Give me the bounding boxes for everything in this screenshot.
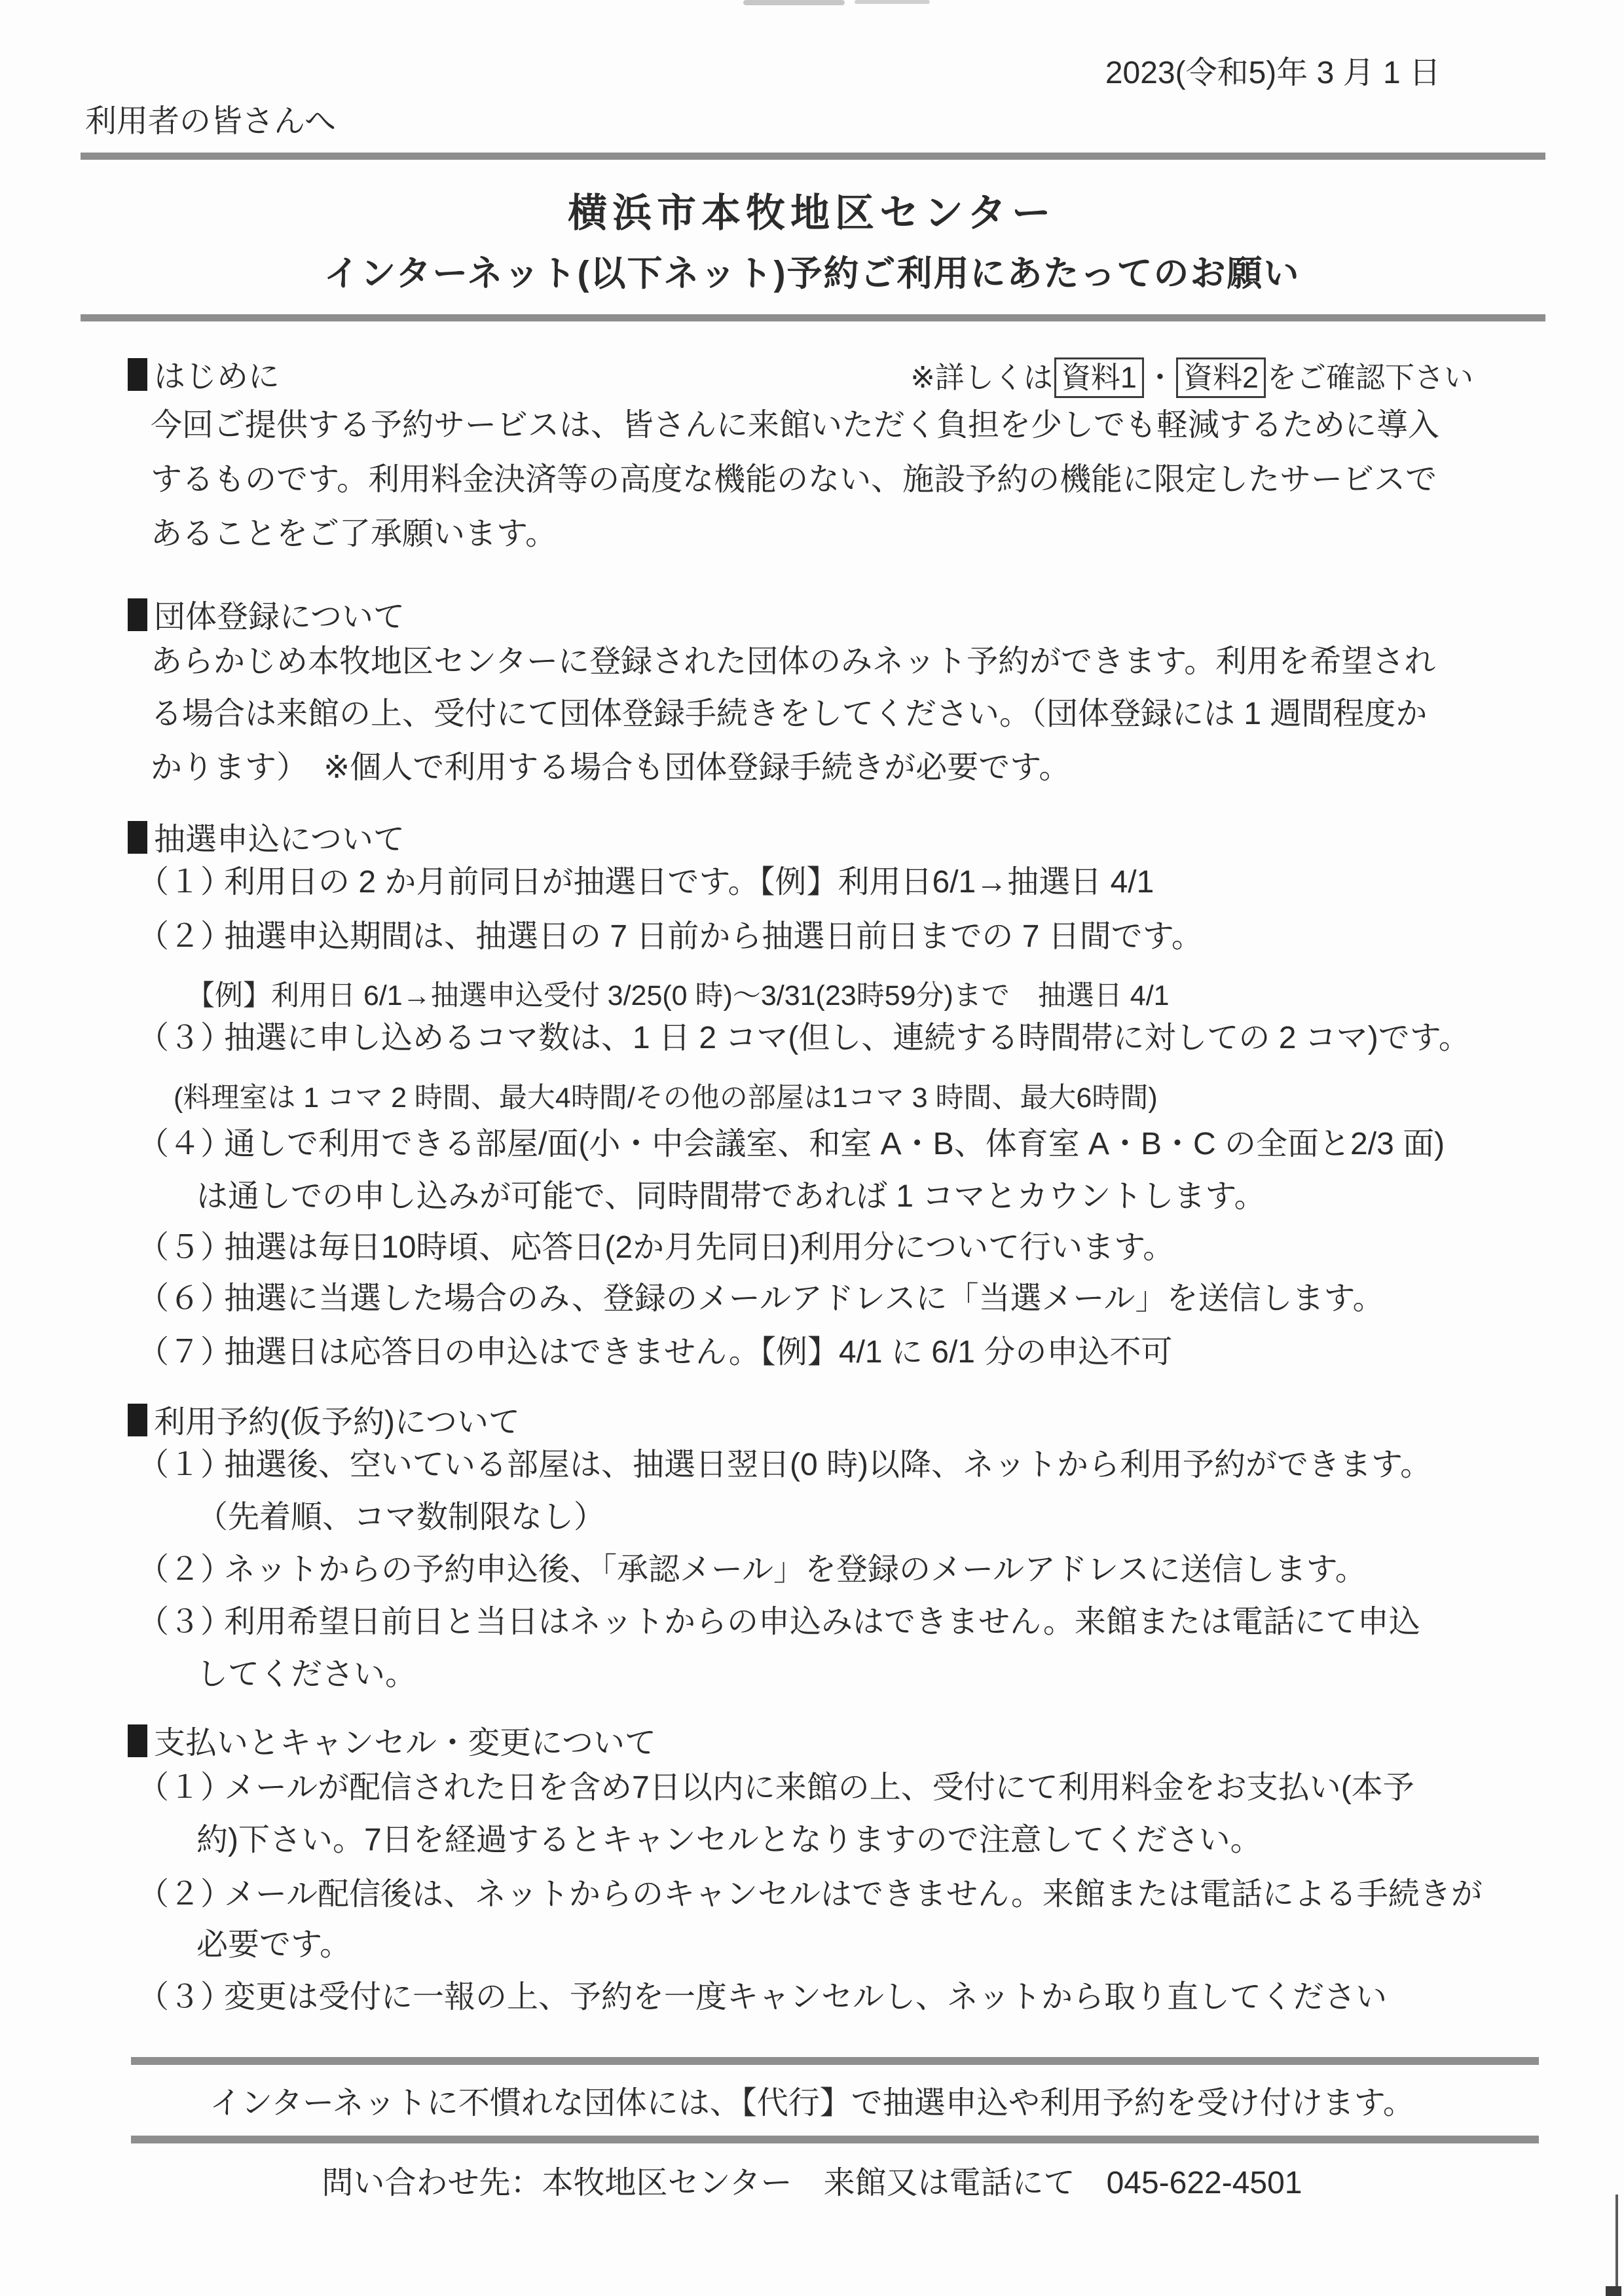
section-marker-icon <box>128 821 147 854</box>
section-heading-lottery-label: 抽選申込について <box>154 822 405 857</box>
item-number: （３） <box>138 1604 224 1640</box>
section-marker-icon <box>128 1724 147 1757</box>
item-number: （３） <box>138 1979 224 2015</box>
reference-note-prefix: ※詳しくは <box>910 361 1053 394</box>
list-item: （２） メール配信後は、ネットからのキャンセルはできません。来館または電話による… <box>138 1876 1483 1912</box>
item-number: （１） <box>138 1770 224 1806</box>
intro-paragraph-line: 今回ご提供する予約サービスは、皆さんに来館いただく負担を少しでも軽減するために導… <box>151 407 1439 443</box>
item-text: ネットからの予約申込後、「承認メール」を登録のメールアドレスに送信します。 <box>224 1552 1367 1588</box>
item-number: （６） <box>138 1281 224 1317</box>
list-item: （３） 利用希望日前日と当日はネットからの申込みはできません。来館または電話にて… <box>138 1604 1420 1640</box>
divider-top <box>81 153 1545 160</box>
scan-smudge-top-left <box>743 0 845 5</box>
item-continuation-line: してください。 <box>196 1656 416 1692</box>
reference-note-suffix: をご確認下さい <box>1267 361 1473 394</box>
item-text: 利用日の 2 か月前同日が抽選日です。【例】利用日6/1→抽選日 4/1 <box>224 864 1154 900</box>
item-text: メール配信後は、ネットからのキャンセルはできません。来館または電話による手続きが <box>224 1876 1483 1912</box>
section-heading-payment: 支払いとキャンセル・変更について <box>128 1717 656 1762</box>
intro-paragraph-line: するものです。利用料金決済等の高度な機能のない、施設予約の機能に限定したサービス… <box>151 462 1437 498</box>
item-number: （３） <box>138 1020 224 1056</box>
list-item: （７） 抽選日は応答日の申込はできません。【例】4/1 に 6/1 分の申込不可 <box>138 1334 1172 1370</box>
section-heading-reservation: 利用予約(仮予約)について <box>128 1396 520 1442</box>
salutation: 利用者の皆さんへ <box>85 103 336 139</box>
list-item: （３） 変更は受付に一報の上、予約を一度キャンセルし、ネットから取り直してくださ… <box>138 1979 1387 2015</box>
list-item: （４） 通しで利用できる部屋/面(小・中会議室、和室 A・B、体育室 A・B・C… <box>138 1126 1445 1162</box>
scan-corner-blob <box>1606 2286 1621 2296</box>
item-text: 抽選申込期間は、抽選日の 7 日前から抽選日前日までの 7 日間です。 <box>224 919 1203 955</box>
item-number: （５） <box>138 1230 224 1266</box>
intro-paragraph-line: あることをご了承願います。 <box>151 516 557 552</box>
section-marker-icon <box>128 598 147 631</box>
scan-edge-line <box>1615 2195 1618 2296</box>
item-number: （４） <box>138 1126 224 1162</box>
document-subtitle: インターネット(以下ネット)予約ご利用にあたってのお願い <box>0 246 1624 296</box>
section-heading-lottery: 抽選申込について <box>128 814 405 859</box>
item-text: 利用希望日前日と当日はネットからの申込みはできません。来館または電話にて申込 <box>224 1604 1420 1640</box>
reference-note: ※詳しくは資料1・資料2をご確認下さい <box>910 354 1473 398</box>
section-heading-reservation-label: 利用予約(仮予約)について <box>154 1405 520 1440</box>
item-text: 抽選に当選した場合のみ、登録のメールアドレスに「当選メール」を送信します。 <box>224 1281 1384 1317</box>
list-item: （６） 抽選に当選した場合のみ、登録のメールアドレスに「当選メール」を送信します… <box>138 1281 1384 1317</box>
document-date: 2023(令和5)年 3 月 1 日 <box>1105 55 1441 91</box>
divider-footer-bottom <box>131 2136 1539 2143</box>
section-marker-icon <box>128 358 147 391</box>
reference-doc1-badge: 資料1 <box>1054 357 1144 398</box>
section-heading-intro-label: はじめに <box>154 359 280 394</box>
item-number: （１） <box>138 864 224 900</box>
list-item: （１） メールが配信された日を含め7日以内に来館の上、受付にて利用料金をお支払い… <box>138 1770 1414 1806</box>
list-item: （１） 抽選後、空いている部屋は、抽選日翌日(0 時)以降、ネットから利用予約が… <box>138 1447 1431 1483</box>
item-text: 抽選に申し込めるコマ数は、1 日 2 コマ(但し、連続する時間帯に対しての 2 … <box>224 1020 1470 1056</box>
item-number: （２） <box>138 919 224 955</box>
item-continuation-line: 約)下さい。7日を経過するとキャンセルとなりますので注意してください。 <box>196 1822 1262 1858</box>
item-text: 通しで利用できる部屋/面(小・中会議室、和室 A・B、体育室 A・B・C の全面… <box>224 1126 1445 1162</box>
document-title: 横浜市本牧地区センター <box>0 182 1624 238</box>
item-text: メールが配信された日を含め7日以内に来館の上、受付にて利用料金をお支払い(本予 <box>224 1770 1414 1806</box>
scan-smudge-top-right <box>855 0 930 4</box>
group-paragraph-line: かります） ※個人で利用する場合も団体登録手続きが必要です。 <box>151 750 1070 786</box>
item-text: 変更は受付に一報の上、予約を一度キャンセルし、ネットから取り直してください <box>224 1979 1387 2015</box>
scanned-document-page: 2023(令和5)年 3 月 1 日 利用者の皆さんへ 横浜市本牧地区センター … <box>0 0 1624 2296</box>
item-continuation-line: 必要です。 <box>196 1927 351 1963</box>
item-continuation-line: は通しでの申し込みが可能で、同時間帯であれば 1 コマとカウントします。 <box>196 1178 1266 1214</box>
section-heading-payment-label: 支払いとキャンセル・変更について <box>154 1726 656 1760</box>
section-heading-intro: はじめに <box>128 351 280 396</box>
list-item: （５） 抽選は毎日10時頃、応答日(2か月先同日)利用分について行います。 <box>138 1230 1174 1266</box>
item-number: （７） <box>138 1334 224 1370</box>
list-item: （１） 利用日の 2 か月前同日が抽選日です。【例】利用日6/1→抽選日 4/1 <box>138 864 1154 900</box>
section-heading-group: 団体登録について <box>128 591 405 636</box>
divider-footer-top <box>131 2057 1539 2065</box>
section-heading-group-label: 団体登録について <box>154 600 405 634</box>
reference-doc2-badge: 資料2 <box>1176 357 1266 398</box>
item-number: （２） <box>138 1876 224 1912</box>
item-continuation-line: （先着順、コマ数制限なし） <box>196 1499 605 1535</box>
list-item: （２） ネットからの予約申込後、「承認メール」を登録のメールアドレスに送信します… <box>138 1552 1367 1588</box>
group-paragraph-line: る場合は来館の上、受付にて団体登録手続きをしてください。（団体登録には 1 週間… <box>151 696 1427 732</box>
item-number: （２） <box>138 1552 224 1588</box>
item-text: 抽選日は応答日の申込はできません。【例】4/1 に 6/1 分の申込不可 <box>224 1334 1172 1370</box>
item-number: （１） <box>138 1447 224 1483</box>
footer-notice: インターネットに不慣れな団体には、【代行】で抽選申込や利用予約を受け付けます。 <box>0 2085 1624 2121</box>
item-example-line: (料理室は 1 コマ 2 時間、最大4時間/その他の部屋は1コマ 3 時間、最大… <box>174 1076 1158 1116</box>
list-item: （３） 抽選に申し込めるコマ数は、1 日 2 コマ(但し、連続する時間帯に対して… <box>138 1020 1470 1056</box>
item-text: 抽選後、空いている部屋は、抽選日翌日(0 時)以降、ネットから利用予約ができます… <box>224 1447 1431 1483</box>
item-text: 抽選は毎日10時頃、応答日(2か月先同日)利用分について行います。 <box>224 1230 1174 1266</box>
footer-contact: 問い合わせ先：本牧地区センター 来館又は電話にて 045-622-4501 <box>0 2165 1624 2201</box>
divider-under-title <box>81 314 1545 321</box>
group-paragraph-line: あらかじめ本牧地区センターに登録された団体のみネット予約ができます。利用を希望さ… <box>151 644 1435 680</box>
reference-note-separator: ・ <box>1145 361 1175 394</box>
section-marker-icon <box>128 1404 147 1436</box>
list-item: （２） 抽選申込期間は、抽選日の 7 日前から抽選日前日までの 7 日間です。 <box>138 919 1203 955</box>
item-example-line: 【例】利用日 6/1→抽選申込受付 3/25(0 時)～3/31(23時59分)… <box>187 974 1170 1013</box>
